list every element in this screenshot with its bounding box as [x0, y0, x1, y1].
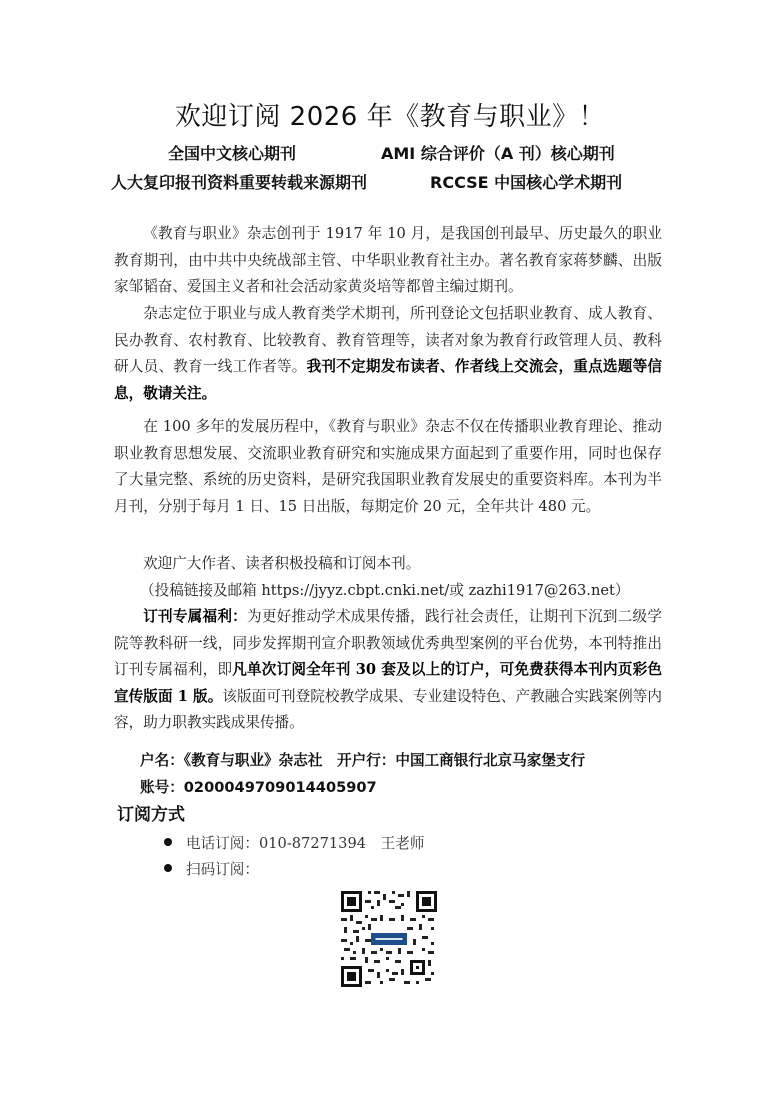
submission-link-line[interactable]: （投稿链接及邮箱 https://jyyz.cbpt.cnki.net/或 za…: [140, 579, 629, 600]
welcome-line: 欢迎广大作者、读者积极投稿和订阅本刊。: [143, 552, 420, 573]
paragraph-development: 在 100 多年的发展历程中，《教育与职业》杂志不仅在传播职业教育理论、推动职业…: [114, 414, 662, 520]
bank-account-name: 户名：《教育与职业》杂志社 开户行：中国工商银行北京马家堡支行: [140, 749, 585, 770]
benefit-paragraph: 订刊专属福利：为更好推动学术成果传播，践行社会责任，让期刊下沉到二级学院等教科研…: [114, 604, 662, 737]
intro-paragraph: 《教育与职业》杂志创刊于 1917 年 10 月，是我国创刊最早、历史最久的职业…: [114, 221, 662, 301]
benefit-label: 订刊专属福利：: [143, 608, 247, 625]
subscription-qr-code[interactable]: [338, 888, 440, 990]
phone-subscription-item: 电话订阅：010-87271394 王老师: [164, 832, 424, 853]
paragraph-history: 《教育与职业》杂志创刊于 1917 年 10 月，是我国创刊最早、历史最久的职业…: [114, 221, 662, 301]
bullet-icon: [164, 864, 172, 872]
badge-rdfy: 人大复印报刊资料重要转载来源期刊: [111, 170, 367, 193]
badge-chinese-core: 全国中文核心期刊: [168, 141, 296, 164]
bank-account-number: 账号：0200049709014405907: [140, 776, 377, 797]
document-page: 欢迎订阅 2026 年《教育与职业》！ 全国中文核心期刊 AMI 综合评价（A …: [0, 0, 780, 1104]
qr-code-icon: [338, 888, 440, 990]
subscription-heading: 订阅方式: [117, 800, 185, 825]
development-paragraph: 在 100 多年的发展历程中，《教育与职业》杂志不仅在传播职业教育理论、推动职业…: [114, 414, 662, 520]
phone-subscription-text: 电话订阅：010-87271394 王老师: [186, 835, 424, 852]
qr-subscription-item: 扫码订阅：: [164, 858, 259, 879]
positioning-paragraph: 杂志定位于职业与成人教育类学术期刊，所刊登论文包括职业教育、成人教育、民办教育、…: [114, 301, 662, 407]
badge-ami: AMI 综合评价（A 刊）核心期刊: [381, 141, 615, 164]
qr-subscription-text: 扫码订阅：: [186, 861, 259, 878]
badge-rccse: RCCSE 中国核心学术期刊: [430, 170, 622, 193]
bullet-icon: [164, 838, 172, 846]
page-title: 欢迎订阅 2026 年《教育与职业》！: [0, 96, 780, 133]
